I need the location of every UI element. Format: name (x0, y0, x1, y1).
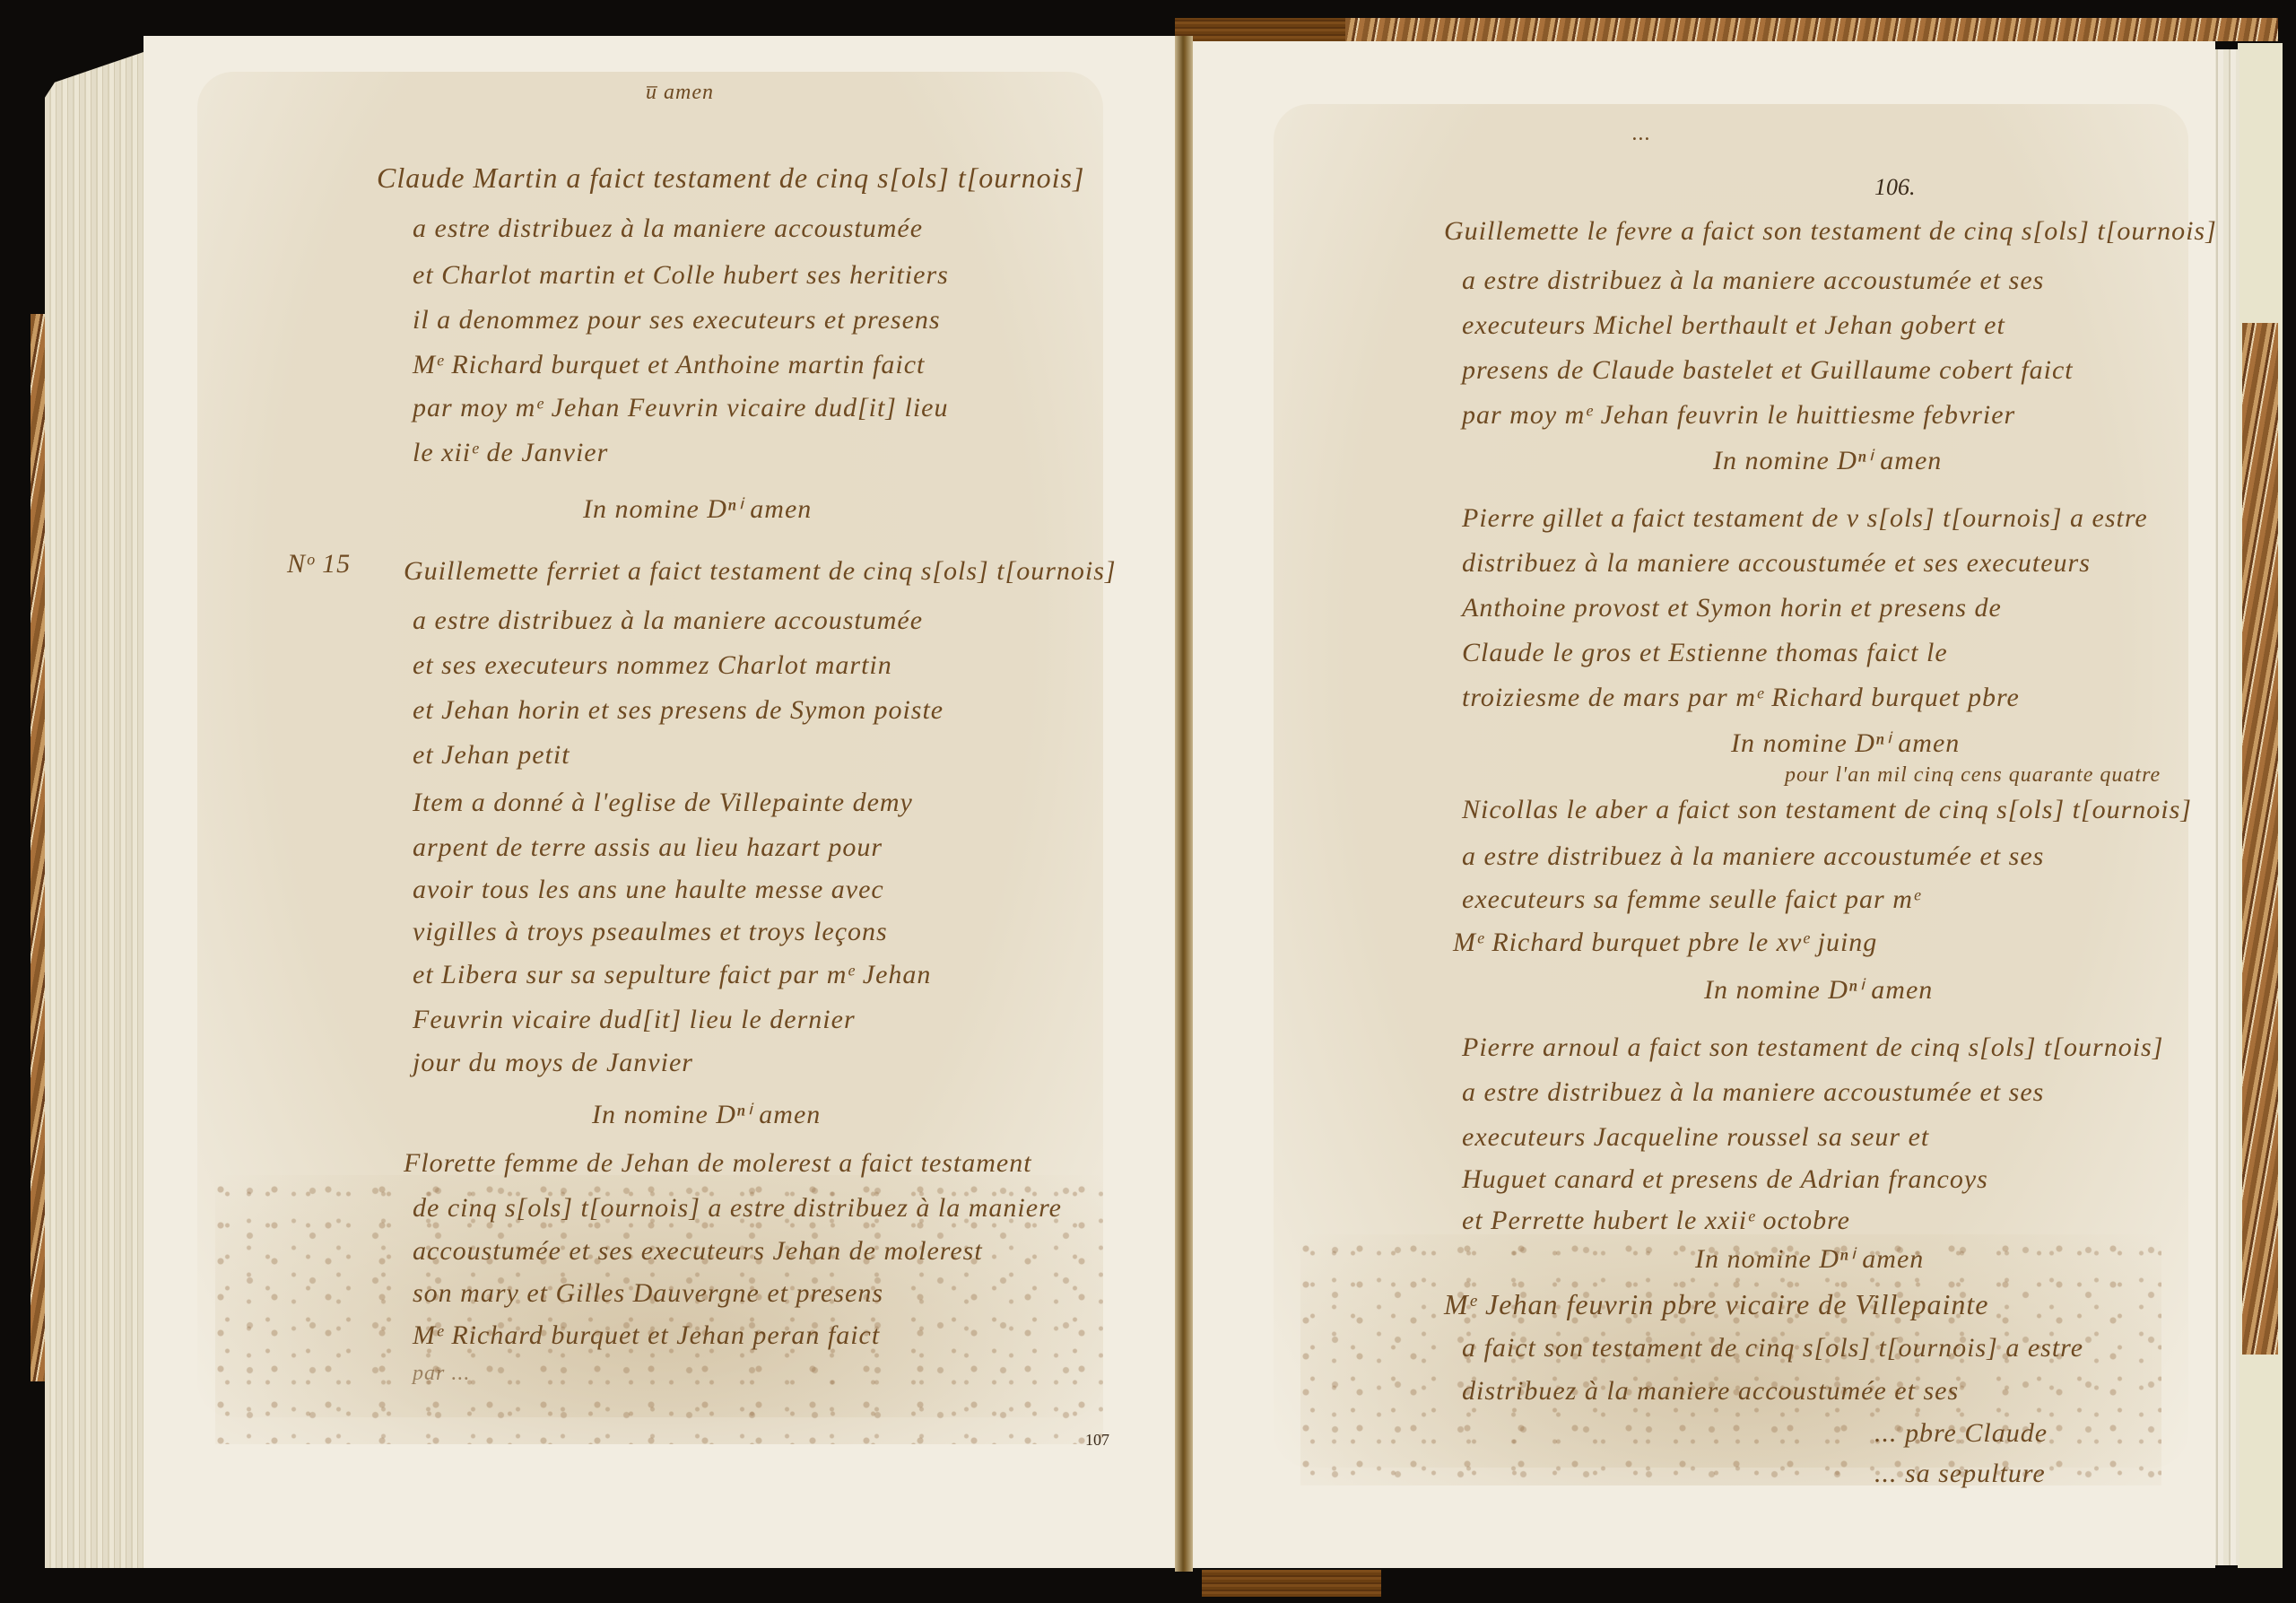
text-line: troiziesme de mars par mᵉ Richard burque… (1462, 683, 2020, 713)
text-line: Mᵉ Richard burquet pbre le xvᵉ juing (1453, 928, 1877, 958)
text-line: Mᵉ Richard burquet et Jehan peran faict (413, 1320, 880, 1351)
text-line: a estre distribuez à la maniere accoustu… (1462, 1077, 2044, 1108)
text-line: et Perrette hubert le xxiiᵉ octobre (1462, 1206, 1850, 1236)
text-line: Claude Martin a faict testament de cinq … (377, 161, 1084, 195)
text-line: par ... (413, 1362, 470, 1386)
text-line: Mᵉ Richard burquet et Anthoine martin fa… (413, 350, 925, 380)
invocation: In nomine Dⁿⁱ amen (583, 493, 812, 525)
left-page-block-edge (45, 52, 143, 1568)
text-line: son mary et Gilles Dauvergne et presens (413, 1278, 883, 1309)
text-line: a faict son testament de cinq s[ols] t[o… (1462, 1333, 2083, 1363)
text-line: distribuez à la maniere accoustumée et s… (1462, 1376, 1959, 1407)
text-line: Nicollas le aber a faict son testament d… (1462, 795, 2192, 825)
text-line: a estre distribuez à la maniere accoustu… (1462, 841, 2044, 872)
text-line: par moy mᵉ Jehan Feuvrin vicaire dud[it]… (413, 393, 948, 423)
year-line: pour l'an mil cinq cens quarante quatre (1785, 763, 2161, 788)
invocation: In nomine Dⁿⁱ amen (592, 1099, 821, 1130)
text-line: ... pbre Claude (1874, 1418, 2048, 1449)
folio-number: 107 (1085, 1431, 1109, 1450)
text-line: executeurs sa femme seulle faict par mᵉ (1462, 884, 1921, 915)
text-line: a estre distribuez à la maniere accoustu… (413, 605, 923, 636)
text-line: Florette femme de Jehan de molerest a fa… (404, 1148, 1032, 1179)
text-line: a estre distribuez à la maniere accoustu… (413, 213, 923, 244)
text-line: distribuez à la maniere accoustumée et s… (1462, 548, 2091, 579)
right-cover-marble (2242, 323, 2278, 1355)
text-line: de cinq s[ols] t[ournois] a estre distri… (413, 1193, 1062, 1224)
text-line: et ses executeurs nommez Charlot martin (413, 650, 892, 681)
text-line: Pierre arnoul a faict son testament de c… (1462, 1032, 2163, 1063)
text-line: Item a donné à l'eglise de Villepainte d… (413, 788, 913, 818)
text-line: jour du moys de Janvier (413, 1048, 693, 1078)
text-line: Claude le gros et Estienne thomas faict … (1462, 638, 1948, 668)
text-line: Feuvrin vicaire dud[it] lieu le dernier (413, 1005, 856, 1035)
text-line: et Charlot martin et Colle hubert ses he… (413, 260, 949, 291)
margin-note: Nᵒ 15 (287, 549, 351, 579)
text-line: par moy mᵉ Jehan feuvrin le huittiesme f… (1462, 400, 2015, 431)
right-page: ... 106. Guillemette le fevre a faict so… (1193, 41, 2215, 1568)
top-binding-wood (1175, 18, 1345, 41)
header-fragment: ... (1632, 122, 1651, 146)
text-line: le xiiᵉ de Janvier (413, 438, 608, 468)
text-line: Anthoine provost et Symon horin et prese… (1462, 593, 2002, 623)
text-line: Guillemette ferriet a faict testament de… (404, 556, 1117, 587)
text-line: vigilles à troys pseaulmes et troys leço… (413, 917, 888, 947)
text-line: et Jehan petit (413, 740, 570, 771)
text-line: Guillemette le fevre a faict son testame… (1444, 216, 2217, 247)
gutter (1175, 36, 1193, 1572)
invocation: In nomine Dⁿⁱ amen (1713, 445, 1942, 476)
bottom-binding-wood (1202, 1570, 1381, 1597)
text-line: arpent de terre assis au lieu hazart pou… (413, 832, 883, 863)
top-binding-marble (1345, 18, 2278, 41)
text-line: presens de Claude bastelet et Guillaume … (1462, 355, 2074, 386)
text-line: avoir tous les ans une haulte messe avec (413, 875, 884, 905)
text-line: Huguet canard et presens de Adrian franc… (1462, 1164, 1988, 1195)
invocation: In nomine Dⁿⁱ amen (1731, 727, 1960, 759)
header-fragment: u̅ amen (646, 81, 714, 105)
folio-number: 106. (1874, 174, 1916, 201)
text-line: a estre distribuez à la maniere accoustu… (1462, 266, 2044, 296)
invocation: In nomine Dⁿⁱ amen (1704, 974, 1933, 1006)
text-line: il a denommez pour ses executeurs et pre… (413, 305, 941, 335)
text-line: ... sa sepulture (1874, 1459, 2046, 1489)
text-line: et Libera sur sa sepulture faict par mᵉ … (413, 960, 931, 990)
text-line: executeurs Jacqueline roussel sa seur et (1462, 1122, 1929, 1153)
text-line: Mᵉ Jehan feuvrin pbre vicaire de Villepa… (1444, 1288, 1988, 1321)
book: u̅ amen Nᵒ 15 Claude Martin a faict test… (36, 27, 2269, 1583)
left-page: u̅ amen Nᵒ 15 Claude Martin a faict test… (143, 36, 1184, 1568)
invocation: In nomine Dⁿⁱ amen (1695, 1243, 1924, 1275)
text-line: executeurs Michel berthault et Jehan gob… (1462, 310, 2005, 341)
text-line: accoustumée et ses executeurs Jehan de m… (413, 1236, 983, 1267)
text-line: et Jehan horin et ses presens de Symon p… (413, 695, 944, 726)
text-line: Pierre gillet a faict testament de v s[o… (1462, 503, 2148, 534)
